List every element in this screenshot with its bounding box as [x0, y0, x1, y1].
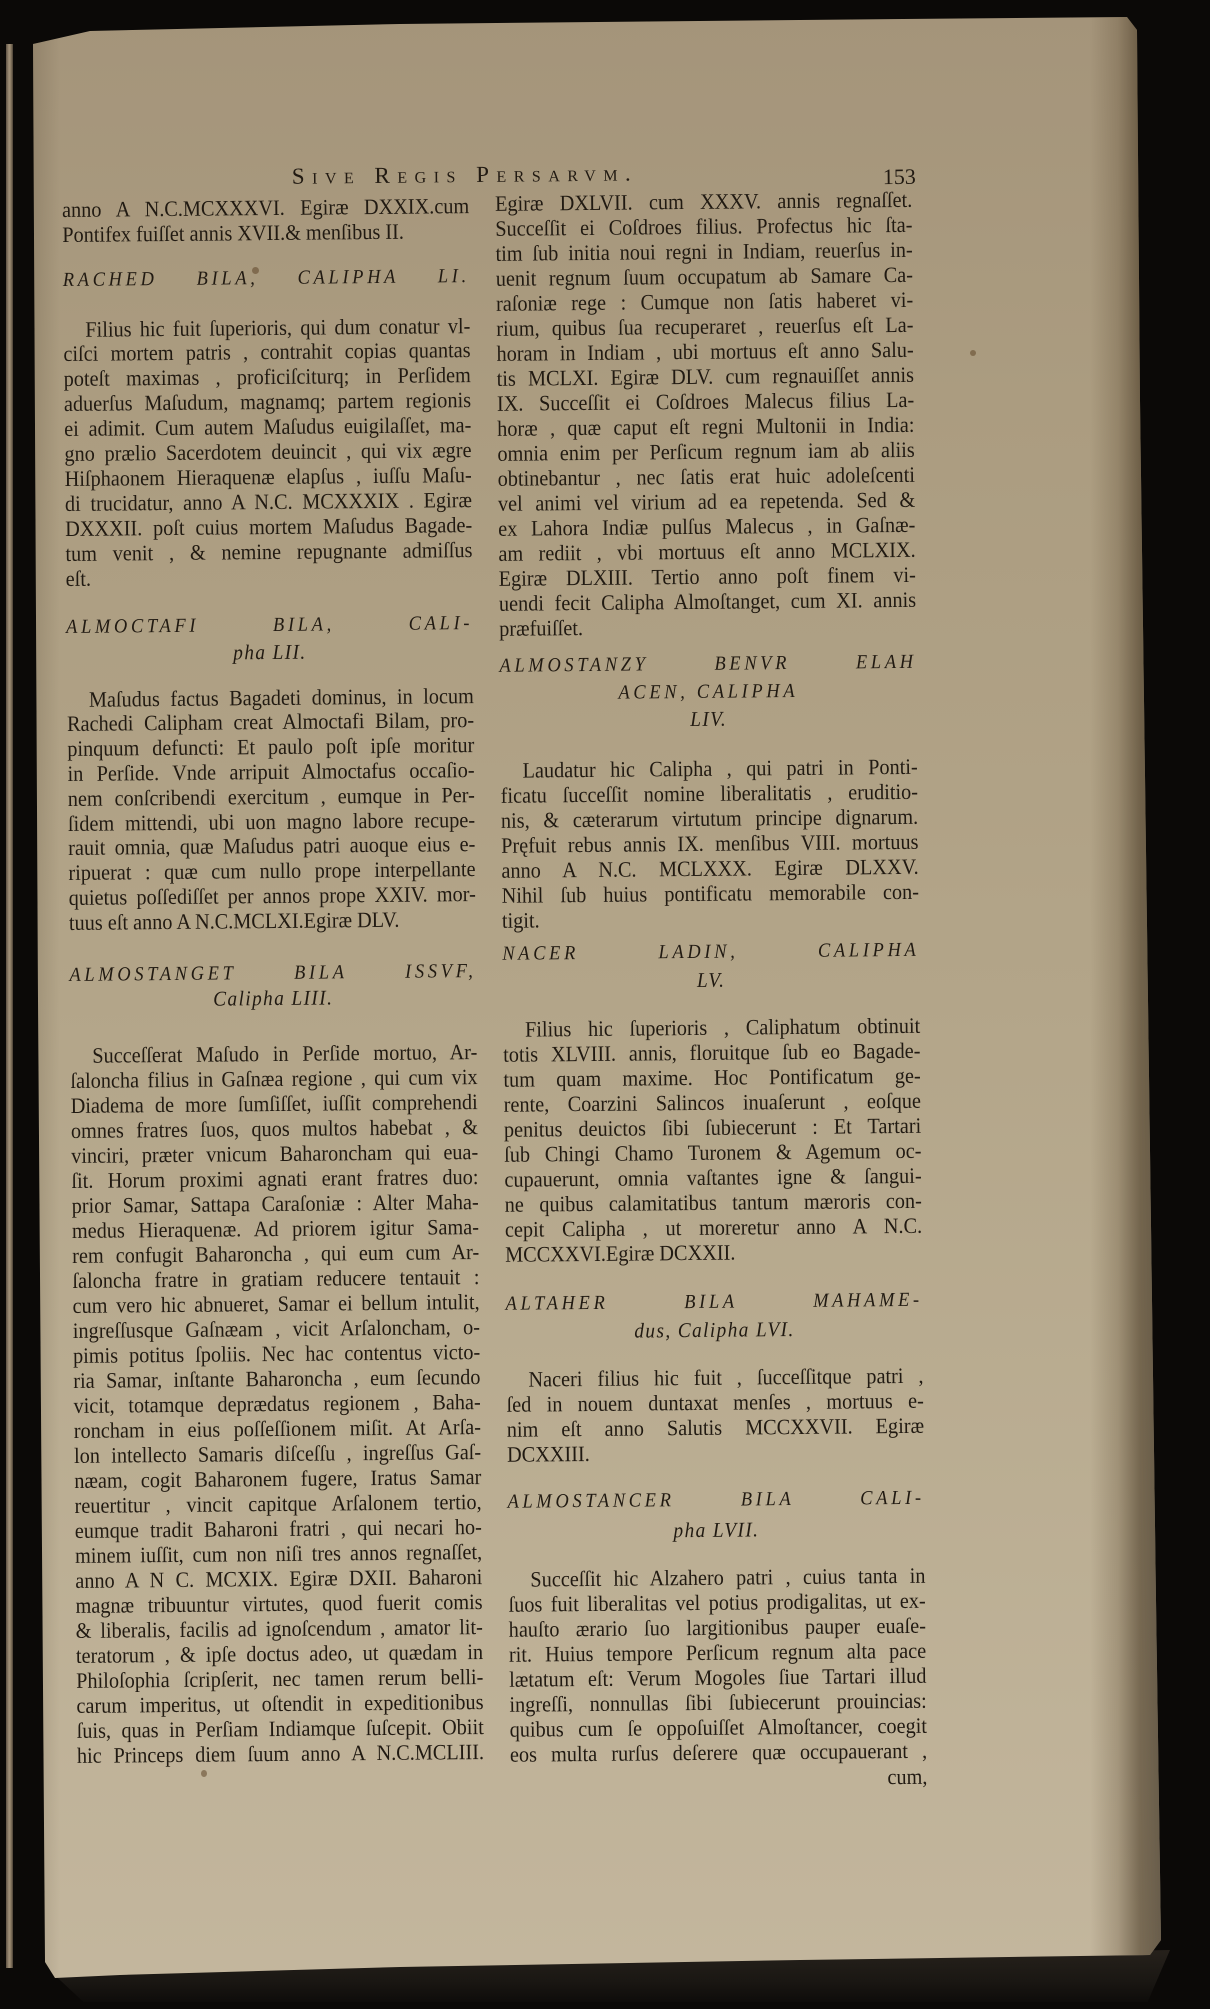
text-area: Sive Regis Persarvm. 153 anno A N.C.MCXX… [0, 0, 1210, 2009]
heading-line: ALMOSTANGET BILA ISSVF, [69, 959, 476, 988]
text-line: omnia enim per Perſicum regnum iam ab al… [497, 436, 914, 465]
heading-line: Calipha LIII. [70, 984, 477, 1013]
text-line: Egiræ DXLVII. cum XXXV. annis regnaſſet. [495, 186, 912, 215]
paragraph: Filius hic ſuperioris , Caliphatum obtin… [503, 1012, 923, 1266]
text-line: horæ , quæ caput eſt regni Multonii in I… [497, 411, 914, 440]
paragraph: Laudatur hic Calipha , qui patri in Pont… [500, 753, 919, 932]
text-line: DCXXIII. [507, 1437, 924, 1466]
text-line: eſt. [66, 563, 473, 592]
text-line: cupauerunt, omnia vaſtantes igne & ſangu… [504, 1162, 921, 1191]
text-line: Pontifex fuiſſet annis XVII.& menſibus I… [62, 219, 469, 248]
text-line: IX. Succeſſit ei Coſdroes Malecus filius… [497, 386, 914, 415]
text-line: vinciri, præter vnicum Baharoncham qui e… [71, 1139, 478, 1168]
text-line: tigit. [502, 903, 919, 932]
section-heading: ALTAHER BILA MAHAME- dus, Calipha LVI. [505, 1286, 923, 1346]
text-line: quietus poſſediſſet per annos prope XXIV… [69, 882, 476, 911]
paragraph: Filius hic fuit ſuperioris, qui dum cona… [63, 314, 473, 592]
text-line: totis XLVIII. annis, floruitque ſub eo B… [503, 1037, 920, 1066]
text-line: carum imperitus, ut oſtendit in expediti… [76, 1689, 483, 1718]
heading-line: ALMOSTANZY BENVR ELAH [499, 649, 916, 681]
paragraph: Succeſſerat Maſudo in Perſide mortuo, Ar… [70, 1039, 484, 1768]
continued-paragraph: anno A N.C.MCXXXVI. Egiræ DXXIX.cum Pont… [62, 194, 470, 247]
text-line: cum vero hic abnueret, Samar ei bellum i… [72, 1289, 479, 1318]
section-heading: ALMOCTAFI BILA, CALI- pha LII. [66, 610, 474, 668]
text-line: horam in Indiam , ubi mortuus eſt anno S… [496, 336, 913, 365]
text-line: Pręfuit rebus annis IX. menſibus VIII. m… [501, 828, 918, 857]
text-line: hic Princeps diem ſuum anno A N.C.MCLIII… [77, 1739, 484, 1768]
text-line: Nihil ſub huius pontificatu memorabile c… [502, 878, 919, 907]
paragraph: Succeſſit hic Alzahero patri , cuius tan… [508, 1562, 927, 1766]
left-column: anno A N.C.MCXXXVI. Egiræ DXXIX.cum Pont… [60, 0, 485, 1900]
text-line: Laudatur hic Calipha , qui patri in Pont… [500, 753, 917, 782]
text-line: anno A N.C.MCXXXVI. Egiræ DXXIX.cum [62, 194, 469, 223]
text-line: uenit regnum ſuum occupatum ab Samare Ca… [496, 261, 913, 290]
text-line: tim ſub initia noui regni in Indiam, reu… [495, 236, 912, 265]
text-line: ne quibus calamitatibus tantum mæroris c… [505, 1187, 922, 1216]
section-heading: RACHED BILA, CALIPHA LI. [63, 263, 470, 294]
text-line: Succeſſerat Maſudo in Perſide mortuo, Ar… [70, 1039, 477, 1068]
section-heading: ALMOSTANCER BILA CALI- pha LVII. [507, 1483, 925, 1547]
text-line: rium, quibus ſua recuperaret , reuerſus … [496, 311, 913, 340]
text-line: eos multa rurſus deſerere quæ occupauera… [510, 1737, 927, 1766]
text-line: rente, Coarzini Salincos inuaſerunt , eo… [504, 1087, 921, 1116]
book-page: Sive Regis Persarvm. 153 anno A N.C.MCXX… [0, 0, 1210, 2009]
heading-line: ALMOSTANCER BILA CALI- [507, 1483, 924, 1517]
text-line: uendi fecit Calipha Almoſtanget, cum XI.… [499, 586, 916, 615]
text-line: penitus deuictos ſibi ſubiecerunt : Et T… [504, 1112, 921, 1141]
text-line: ſuis, quas in Perſiam Indiamque ſuſcepit… [77, 1714, 484, 1743]
text-line: tuus eſt anno A N.C.MCLXI.Egiræ DLV. [69, 907, 476, 936]
text-line: ſub Chingi Chamo Turonem & Agemum oc- [504, 1137, 921, 1166]
continued-paragraph: Egiræ DXLVII. cum XXXV. annis regnaſſet.… [495, 186, 917, 640]
text-line: obtinebantur , nec ſatis erat huic adole… [498, 461, 915, 490]
heading-line: pha LVII. [508, 1513, 925, 1547]
adjacent-page-edge [6, 44, 13, 1968]
text-line: Philoſophia ſcripſerit, nec tamen rerum … [76, 1664, 483, 1693]
heading-line: RACHED BILA, CALIPHA LI. [63, 263, 470, 294]
text-line: lon intellecto Samaris diſceſſu , ingreſ… [74, 1439, 481, 1468]
text-line: am rediit , vbi mortuus eſt anno MCLXIX. [498, 536, 915, 565]
text-line: teratorum , & ipſe doctus adeo, ut quæda… [76, 1639, 483, 1668]
text-line: tum venit , & nemine repugnante admiſſus [65, 538, 472, 567]
text-line: pimis potitus ſpoliis. Nec hac contentus… [73, 1339, 480, 1368]
text-line: & liberalis, facilis ad ignoſcendum , am… [76, 1614, 483, 1643]
text-line: præfuiſſet. [499, 611, 916, 640]
text-line: vel animi vel virium ad ea repetenda. Se… [498, 486, 915, 515]
right-column: Egiræ DXLVII. cum XXXV. annis regnaſſet.… [493, 0, 928, 1896]
text-line: tis MCLXI. Egiræ DLV. cum regnauiſſet an… [497, 361, 914, 390]
text-line: anno A N.C. MCLXXX. Egiræ DLXXV. [501, 853, 918, 882]
text-line: Filius hic ſuperioris , Caliphatum obtin… [503, 1012, 920, 1041]
scanned-book-view: Sive Regis Persarvm. 153 anno A N.C.MCXX… [0, 0, 1210, 2009]
text-line: medus Hieraquenæ. Ad priorem igitur Sama… [72, 1214, 479, 1243]
text-line: quibus cum ſe oppoſuiſſet Almoſtancer, c… [510, 1712, 927, 1741]
heading-line: LV. [502, 964, 919, 996]
text-line: roncham in eius poſſeſſionem miſit. At A… [74, 1414, 481, 1443]
text-line: nim eſt anno Salutis MCCXXVII. Egiræ [507, 1412, 924, 1441]
text-line: Diadema de more ſumſiſſet, iuſſit compre… [71, 1089, 478, 1118]
heading-line: NACER LADIN, CALIPHA [502, 936, 919, 968]
text-line: hauſto ærario ſuo largitionibus pauper e… [509, 1612, 926, 1641]
text-line: ſit. Horum proximi agnati erant fratres … [71, 1164, 478, 1193]
text-line: ſaloncha fratre in gratiam reducere tent… [72, 1264, 479, 1293]
text-line: Succeſſit ei Coſdroes filius. Profectus … [495, 211, 912, 240]
text-line: magnæ tribuuntur virtutes, quod fuerit c… [75, 1589, 482, 1618]
text-line: ſed in nouem duntaxat menſes , mortuus e… [506, 1387, 923, 1416]
text-line: omnes fratres ſuos, quos multos habebat … [71, 1114, 478, 1143]
text-line: ingreſſusque Gaſnæam , vicit Arſaloncham… [73, 1314, 480, 1343]
text-line: ria Samar, inſtante Baharoncha , eum ſec… [73, 1364, 480, 1393]
text-line: lætatum eſt: Verum Mogoles ſiue Tartari … [509, 1662, 926, 1691]
heading-line: ALMOCTAFI BILA, CALI- [66, 610, 473, 641]
text-line: ficatu ſucceſſit nomine liberalitatis , … [501, 778, 918, 807]
text-line: rem confugit Baharoncha , qui eum cum Ar… [72, 1239, 479, 1268]
heading-line: ACEN, CALIPHA [500, 676, 917, 708]
text-line: Egiræ DLXIII. Tertio anno poſt finem vi- [499, 561, 916, 590]
text-line: ſaloncha filius in Gaſnæa regione , qui … [70, 1064, 477, 1093]
section-heading: ALMOSTANGET BILA ISSVF, Calipha LIII. [69, 959, 477, 1013]
text-line: cepit Calipha , ut moreretur anno A N.C. [505, 1212, 922, 1241]
paragraph: Naceri filius hic fuit , ſucceſſitque pa… [506, 1362, 924, 1466]
section-heading: NACER LADIN, CALIPHA LV. [502, 936, 920, 996]
heading-line: LIV. [500, 704, 917, 736]
heading-line: dus, Calipha LVI. [506, 1314, 923, 1346]
text-line: Succeſſit hic Alzahero patri , cuius tan… [508, 1562, 925, 1591]
text-line: minem iuſſit, cum non niſi tres annos re… [75, 1539, 482, 1568]
catchword: cum, [887, 1763, 927, 1788]
text-line: rit. Huius tempore Perſicum regnum alta … [509, 1637, 926, 1666]
section-heading: ALMOSTANZY BENVR ELAH ACEN, CALIPHA LIV. [499, 649, 917, 736]
heading-line: ALTAHER BILA MAHAME- [505, 1286, 922, 1318]
text-line: raſoniæ rege : Cumque non ſatis haberet … [496, 286, 913, 315]
text-line: prior Samar, Sattapa Caraſoniæ : Alter M… [72, 1189, 479, 1218]
text-line: næam, cogit Baharonem fugere, Iratus Sam… [74, 1464, 481, 1493]
text-line: ex Lahora Indiæ pulſus Malecus , in Gaſn… [498, 511, 915, 540]
text-line: Naceri filius hic fuit , ſucceſſitque pa… [506, 1362, 923, 1391]
paragraph: Maſudus factus Bagadeti dominus, in locu… [67, 684, 476, 936]
text-line: eumque tradit Baharoni fratri , qui neca… [75, 1514, 482, 1543]
text-line: vicit, totamque deprædatus regionem , Ba… [73, 1389, 480, 1418]
text-line: MCCXXVI.Egiræ DCXXII. [505, 1237, 922, 1266]
heading-line: pha LII. [66, 637, 473, 668]
text-line: tum quam maxime. Hoc Pontificatum ge- [503, 1062, 920, 1091]
text-line: ſuos fuit liberalitas vel potius prodiga… [508, 1587, 925, 1616]
text-line: nis, & cæterarum virtutum principe digna… [501, 803, 918, 832]
text-line: ingreſſi, nonnullas ſibi ſubiecerunt pro… [509, 1687, 926, 1716]
text-line: anno A N C. MCXIX. Egiræ DXII. Baharoni [75, 1564, 482, 1593]
text-line: reuertitur , vincit capitque Arſalonem t… [74, 1489, 481, 1518]
